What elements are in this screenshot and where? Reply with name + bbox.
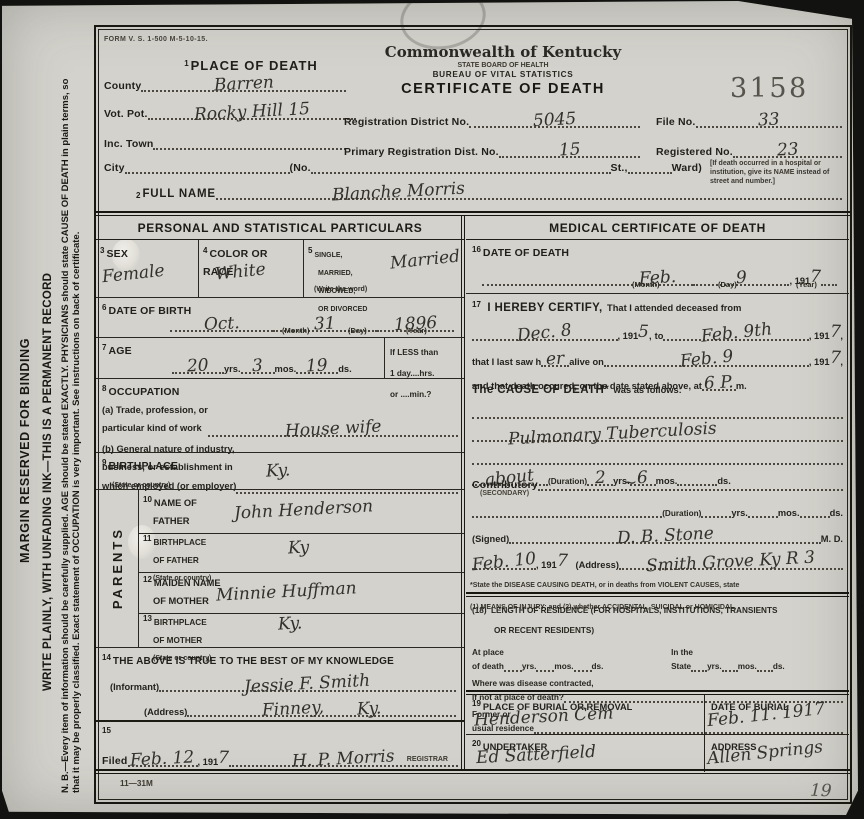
street-no-label: (No. — [290, 162, 311, 174]
certificate-paper: MARGIN RESERVED FOR BINDING WRITE PLAINL… — [2, 1, 858, 815]
to-word: to — [655, 331, 664, 341]
father-birthplace-row: 11BIRTHPLACE OF FATHER (State or country… — [138, 530, 464, 573]
printed-191: , 191 — [536, 560, 557, 570]
ds-label: ds. — [773, 662, 785, 672]
occupation-row: 8OCCUPATION (a) Trade, profession, or pa… — [96, 379, 464, 453]
registrar-label: REGISTRAR — [407, 756, 448, 763]
city-label: City — [104, 162, 125, 174]
item-number: (18) — [472, 606, 487, 615]
informant-label: (Informant) — [110, 682, 159, 692]
last-saw-prefix: that I last saw h — [472, 357, 541, 367]
item-number: 11 — [143, 534, 151, 543]
at-place-line: of death yrs. mos. ds. — [472, 661, 661, 672]
dotted-line: ~ — [538, 476, 843, 491]
dotted-line: Finney,Ky. — [187, 702, 456, 717]
father-name-label2: FATHER — [153, 516, 190, 526]
cause-of-death-label: The CAUSE OF DEATH* — [472, 384, 609, 396]
dotted-line: 19 — [296, 359, 338, 374]
in-state-column: In the State yrs. mos. ds. — [671, 641, 843, 672]
county-value: Barren — [213, 74, 274, 94]
cause-of-death-value: Pulmonary Tuberculosis — [508, 421, 717, 449]
father-birthplace-value: Ky — [288, 539, 310, 557]
mother-name-label2: OF MOTHER — [153, 596, 209, 606]
dotted-line — [628, 159, 672, 174]
footnote-line1: *State the DISEASE CAUSING DEATH, or in … — [470, 582, 739, 589]
certify-heading: I HEREBY CERTIFY, — [487, 302, 602, 314]
contributory-section: Contributory ~ (SECONDARY) (Duration) yr… — [466, 474, 849, 520]
printed-191: , 191 — [618, 331, 639, 341]
personal-particulars-column: PERSONAL AND STATISTICAL PARTICULARS 3SE… — [96, 216, 464, 769]
mos-label: mos. — [738, 662, 757, 672]
md-label: M. D. — [821, 534, 843, 544]
disease-contracted-line1: Where was disease contracted, — [472, 679, 594, 688]
dotted-line — [701, 503, 731, 518]
file-no-value: 33 — [758, 111, 781, 129]
registrar-signature: H. P. Morris — [292, 748, 395, 770]
marital-label-single: SINGLE, — [314, 252, 342, 259]
write-the-word-label: (Write the word) — [314, 286, 367, 293]
duration-label: (Duration) — [662, 509, 701, 518]
dotted-line — [800, 503, 830, 518]
father-name-label1: NAME OF — [154, 498, 197, 508]
certificate-frame: FORM V. S. 1-500 M-5-10-15. 1PLACE OF DE… — [94, 25, 852, 804]
ds-label: ds. — [592, 662, 604, 672]
undertaker-address-cell: ADDRESS Allen Springs — [704, 735, 849, 772]
filed-year-digit: 7 — [218, 750, 229, 767]
if-less-than-cell: If LESS than 1 day....hrs. or ....min.? — [384, 338, 470, 378]
state-heading-block: Commonwealth of Kentucky STATE BOARD OF … — [372, 43, 634, 97]
dotted-line: Feb. 9th — [663, 326, 809, 341]
mother-maiden-name-value: Minnie Huffman — [216, 580, 357, 604]
dob-month-value: Oct. — [203, 315, 240, 334]
cause-blank-line — [472, 404, 843, 419]
item-number: 19 — [472, 699, 481, 708]
inc-town-row: Inc. Town — [104, 135, 346, 150]
burial-row: 19PLACE OF BURIAL OR REMOVAL Henderson C… — [466, 695, 849, 735]
day-caption: (Day) — [348, 326, 367, 335]
dotted-line — [536, 661, 554, 672]
yrs-label: yrs. — [224, 364, 241, 374]
plate-number: 11—31M — [120, 779, 153, 788]
certify-line3: that I last saw h er alive on Feb. 9 , 1… — [472, 350, 843, 367]
primary-registration-row: Primary Registration Dist. No. 15 — [344, 143, 640, 158]
certify-line1: 17 I HEREBY CERTIFY, That I attended dec… — [472, 298, 843, 316]
dotted-line — [748, 503, 778, 518]
full-name-label: FULL NAME — [142, 188, 215, 200]
dotted-line: Feb. 10 — [472, 555, 536, 570]
dotted-line — [472, 404, 843, 419]
sex-value: Female — [101, 263, 165, 286]
item-number: 12 — [143, 575, 152, 584]
dotted-line — [472, 450, 843, 465]
signature-year-digit: 7 — [556, 553, 567, 570]
place-of-death-label: PLACE OF DEATH — [191, 58, 318, 73]
item-number: 4 — [203, 246, 207, 255]
age-label: AGE — [108, 345, 131, 357]
commonwealth-title: Commonwealth of Kentucky — [372, 43, 634, 61]
certify-section: 17 I HEREBY CERTIFY, That I attended dec… — [466, 294, 849, 378]
date-of-death-label: DATE OF DEATH — [483, 247, 569, 259]
cause-blank-line2 — [472, 450, 843, 465]
birthplace-row: 9BIRTHPLACE (State or country) Ky. — [96, 453, 464, 490]
at-place-label: At place — [472, 648, 504, 657]
registered-no-value: 23 — [776, 141, 799, 159]
printed-191: , 191 — [198, 757, 219, 767]
personal-section-title: PERSONAL AND STATISTICAL PARTICULARS — [96, 216, 464, 240]
margin-write-plainly-text: WRITE PLAINLY, WITH UNFADING INK—THIS IS… — [42, 105, 54, 691]
file-no-label: File No. — [656, 116, 696, 128]
less-than-line2: 1 day....hrs. — [390, 369, 434, 378]
informant-value: Jessie F. Smith — [244, 673, 371, 697]
contributory-line: Contributory ~ — [472, 476, 843, 491]
dotted-line: 20 — [172, 359, 224, 374]
dotted-line — [472, 503, 662, 518]
state-board-label: STATE BOARD OF HEALTH — [372, 62, 634, 69]
less-than-line1: If LESS than — [390, 348, 438, 357]
length-of-residence-section: (18) LENGTH OF RESIDENCE (FOR HOSPITALS,… — [466, 597, 849, 690]
dotted-line: House wife — [208, 422, 458, 437]
state-label: State — [671, 662, 691, 672]
dotted-line: Dec. 8 — [472, 326, 618, 341]
mother-birthplace-label2: OF MOTHER — [153, 636, 202, 645]
inc-town-label: Inc. Town — [104, 138, 153, 150]
dotted-line: Feb. 12 — [128, 752, 198, 767]
address-label: (Address) — [576, 560, 619, 570]
primary-registration-label: Primary Registration Dist. No. — [344, 146, 499, 158]
occupation-label: OCCUPATION — [108, 386, 179, 398]
dotted-line: 3 — [241, 359, 275, 374]
dod-value-line: Feb. 9 , 191 7 — [482, 269, 837, 286]
marital-status-cell: 5SINGLE, MARRIED, WIDOWED, OR DIVORCED (… — [304, 240, 464, 297]
ward-label: Ward) — [672, 162, 702, 174]
medical-certificate-column: MEDICAL CERTIFICATE OF DEATH 16DATE OF D… — [466, 216, 849, 769]
day-caption: (Day) — [718, 280, 737, 289]
month-caption: (Month) — [632, 280, 659, 289]
item-number: 7 — [102, 343, 106, 352]
race-value: White — [214, 261, 266, 283]
place-of-death-heading: 1PLACE OF DEATH — [126, 57, 376, 75]
sex-cell: 3SEX Female — [96, 240, 199, 297]
dotted-line: 33 — [696, 113, 842, 128]
date-of-birth-label: DATE OF BIRTH — [108, 305, 191, 317]
certificate-of-death-title: CERTIFICATE OF DEATH — [372, 81, 634, 97]
of-death-label: of death — [472, 662, 504, 672]
undertaker-cell: 20UNDERTAKER Ed Satterfield — [466, 735, 710, 772]
attended-from-year-digit: 5 — [638, 324, 649, 341]
city-row: City (No. St., Ward) — [104, 159, 702, 174]
mother-birthplace-label1: BIRTHPLACE — [154, 618, 207, 627]
occupation-a-label1: (a) Trade, profession, or — [102, 405, 208, 415]
dotted-line: D. B. Stone — [509, 529, 821, 544]
dotted-line — [153, 135, 346, 150]
parents-label: PARENTS — [110, 527, 125, 609]
dotted-line: Feb. 9 — [604, 352, 809, 367]
death-certificate-scan: MARGIN RESERVED FOR BINDING WRITE PLAINL… — [0, 0, 864, 819]
undertaker-row: 20UNDERTAKER Ed Satterfield ADDRESS Alle… — [466, 735, 849, 772]
occupation-a-label2: particular kind of work — [102, 423, 202, 433]
item-number: 20 — [472, 739, 481, 748]
filed-label: Filed — [102, 755, 128, 767]
attestation-label: THE ABOVE IS TRUE TO THE BEST OF MY KNOW… — [113, 656, 394, 667]
item-number: 6 — [102, 303, 106, 312]
last-saw-year-digit: 7 — [829, 350, 840, 367]
parents-vertical-label-cell: PARENTS — [96, 490, 139, 647]
registration-district-value: 5045 — [533, 111, 577, 130]
dotted-line — [821, 271, 837, 286]
county-row: County Barren — [104, 77, 346, 92]
residence-columns: At place of death yrs. mos. ds. In the — [472, 641, 843, 672]
cause-was-as-follows: was as follows: — [614, 385, 682, 395]
signed-line: (Signed) D. B. Stone M. D. — [466, 520, 849, 544]
full-name-value: Blanche Morris — [332, 181, 466, 205]
vot-pot-label: Vot. Pot. — [104, 108, 148, 120]
form-number: FORM V. S. 1-500 M-5-10-15. — [104, 36, 208, 43]
cause-of-death-section: The CAUSE OF DEATH* was as follows: Pulm… — [466, 378, 849, 474]
item-number: 14 — [102, 653, 111, 662]
sex-race-marital-row: 3SEX Female 4COLOR OR RACE White 5SINGLE… — [96, 240, 464, 298]
month-caption: (Month) — [282, 326, 309, 335]
dotted-line: Smith Grove Ky R 3 — [619, 555, 843, 570]
dotted-line: Rocky Hill 15 — [148, 105, 356, 120]
attended-to-year-digit: 7 — [829, 324, 840, 341]
alive-on-label: alive on — [569, 357, 604, 367]
dotted-line — [504, 661, 522, 672]
hospital-note: [If death occurred in a hospital or inst… — [710, 159, 842, 186]
street-label: St., — [611, 162, 628, 174]
date-of-burial-cell: DATE OF BURIAL Feb. 11. 1917 — [704, 695, 849, 734]
item-number: 16 — [472, 245, 481, 254]
occupation-a-line: (a) Trade, profession, or particular kin… — [102, 400, 458, 437]
mos-label: mos. — [778, 508, 800, 518]
in-the-label: In the — [671, 648, 693, 657]
ds-label: ds. — [830, 508, 843, 518]
item-number: 9 — [102, 458, 106, 467]
printed-191: , 191 — [809, 357, 830, 367]
primary-registration-value: 15 — [558, 141, 581, 159]
ds-label: ds. — [338, 364, 351, 374]
sex-label: SEX — [106, 248, 128, 260]
certificate-stamp-number: 3158 — [730, 73, 809, 104]
item-number: 3 — [100, 246, 104, 255]
dotted-line: 5045 — [469, 113, 640, 128]
cause-value-line: Pulmonary Tuberculosis — [472, 427, 843, 442]
in-state-line: State yrs. mos. ds. — [671, 661, 843, 672]
contributory-mark: ~ — [623, 475, 638, 493]
father-birthplace-label1: BIRTHPLACE — [153, 538, 206, 547]
dotted-line — [311, 159, 611, 174]
dotted-line: Jessie F. Smith — [159, 677, 456, 692]
signature-date-address-line: Feb. 10 , 191 7 (Address) Smith Grove Ky… — [466, 544, 849, 570]
color-race-cell: 4COLOR OR RACE White — [199, 240, 304, 297]
dotted-line — [125, 159, 290, 174]
printed-191: , 191 — [809, 331, 830, 341]
contributory-duration-line: (Duration) yrs. mos. ds. — [472, 503, 843, 518]
last-saw-date: Feb. 9 — [679, 348, 734, 370]
birthplace-value: Ky. — [266, 462, 291, 480]
county-label: County — [104, 80, 141, 92]
dotted-line: Feb. — [482, 271, 693, 286]
state-or-country-caption: (State or country) — [112, 482, 170, 489]
registered-number-row: Registered No. 23 — [656, 143, 842, 158]
dotted-line: Barren — [141, 77, 346, 92]
yrs-label: yrs. — [707, 662, 722, 672]
voting-precinct-row: Vot. Pot. Rocky Hill 15 — [104, 105, 356, 120]
place-of-burial-value: Henderson Cem — [474, 705, 614, 729]
vot-pot-value: Rocky Hill 15 — [193, 101, 310, 124]
date-of-death-row: 16DATE OF DEATH Feb. 9 , 191 7 (Month) (… — [466, 240, 849, 294]
mos-label: mos. — [554, 662, 573, 672]
item-number: 5 — [308, 246, 312, 255]
age-years-value: 20 — [187, 357, 210, 375]
parents-section: PARENTS 10NAME OF FATHER John Henderson … — [96, 490, 464, 648]
informant-address-state: Ky. — [357, 700, 382, 718]
at-place-column: At place of death yrs. mos. ds. — [472, 641, 661, 672]
dotted-line: er — [541, 352, 569, 367]
yrs-label: yrs. — [731, 508, 748, 518]
informant-address-label: (Address) — [144, 707, 187, 717]
margin-binding-text: MARGIN RESERVED FOR BINDING — [18, 231, 32, 563]
mother-birthplace-row: 13BIRTHPLACE OF MOTHER (State or country… — [138, 610, 464, 650]
undertaker-value: Ed Satterfield — [476, 744, 597, 767]
item-number: 8 — [102, 384, 106, 393]
dod-day-value: 9 — [735, 270, 747, 288]
dotted-line — [757, 661, 773, 672]
item-number: 17 — [472, 300, 481, 309]
attended-from-date: Dec. 8 — [517, 322, 573, 345]
yrs-label: yrs. — [522, 662, 537, 672]
certify-heading-rest: That I attended deceased from — [607, 303, 741, 313]
stray-pencil-mark: 19 — [810, 783, 832, 801]
dotted-line: Blanche Morris — [216, 185, 842, 200]
medical-section-title: MEDICAL CERTIFICATE OF DEATH — [466, 216, 849, 240]
registration-district-row: Registration District No. 5045 — [344, 113, 640, 128]
residence-label-line2: OR RECENT RESIDENTS) — [494, 626, 594, 635]
attended-to-date: Feb. 9th — [700, 321, 773, 345]
mother-maiden-name-row: 12MAIDEN NAME OF MOTHER Minnie Huffman — [138, 570, 464, 614]
dotted-line — [574, 661, 592, 672]
filed-section: 15 Filed Feb. 12 , 191 7 H. P. Morris RE… — [96, 720, 464, 770]
item-number: 10 — [143, 495, 152, 504]
attestation-section: 14THE ABOVE IS TRUE TO THE BEST OF MY KN… — [96, 648, 464, 720]
filed-line: Filed Feb. 12 , 191 7 H. P. Morris — [102, 750, 458, 767]
informant-address-line: (Address) Finney,Ky. — [144, 702, 456, 717]
dotted-line: Pulmonary Tuberculosis — [472, 427, 843, 442]
dotted-line: 15 — [499, 143, 640, 158]
age-months-value: 3 — [252, 358, 264, 376]
birthplace-label: BIRTHPLACE — [108, 460, 178, 472]
item-number: 13 — [143, 614, 152, 623]
item-number: 1 — [184, 59, 188, 68]
cause-intro-line: The CAUSE OF DEATH* was as follows: — [472, 380, 843, 398]
father-name-value: John Henderson — [234, 498, 374, 522]
mos-label: mos. — [275, 364, 297, 374]
dotted-line: Oct. — [170, 317, 273, 332]
full-name-row: 2 FULL NAME Blanche Morris — [136, 185, 842, 200]
comma: , — [649, 331, 652, 341]
mother-birthplace-value: Ky. — [278, 615, 303, 633]
bureau-label: BUREAU OF VITAL STATISTICS — [372, 70, 634, 79]
physician-signature: D. B. Stone — [616, 525, 714, 547]
margin-nb-text: N. B.—Every item of information should b… — [60, 63, 83, 793]
last-saw-pronoun: er — [546, 351, 565, 369]
occupation-value: House wife — [284, 418, 381, 440]
dob-day-value: 31 — [314, 315, 337, 333]
certificate-header: FORM V. S. 1-500 M-5-10-15. 1PLACE OF DE… — [96, 27, 849, 211]
certify-line2: Dec. 8 , 191 5 , to Feb. 9th , 191 7 , — [472, 324, 843, 341]
age-row: 7AGE 20 yrs. 3 mos. 19 ds. If LESS than … — [96, 338, 464, 379]
filed-date-value: Feb. 12 — [130, 749, 195, 769]
dotted-line: 23 — [733, 143, 842, 158]
dotted-line — [722, 661, 738, 672]
place-of-burial-cell: 19PLACE OF BURIAL OR REMOVAL Henderson C… — [466, 695, 710, 734]
year-caption: (Year) — [406, 326, 427, 335]
father-birthplace-label2: OF FATHER — [153, 556, 199, 565]
informant-line: (Informant) Jessie F. Smith — [110, 677, 456, 692]
father-name-row: 10NAME OF FATHER John Henderson — [138, 490, 464, 534]
marital-label-married: MARRIED, — [318, 270, 353, 277]
registration-district-label: Registration District No. — [344, 116, 469, 128]
date-of-birth-row: 6DATE OF BIRTH Oct. 31 1896 (Month) (Day… — [96, 298, 464, 338]
bottom-divider-rule — [96, 769, 850, 774]
dotted-line: 9 — [693, 271, 790, 286]
year-caption: (Year) — [796, 280, 817, 289]
age-value-line: 20 yrs. 3 mos. 19 ds. — [172, 359, 372, 374]
residence-label-line1: LENGTH OF RESIDENCE (FOR HOSPITALS, INST… — [491, 606, 777, 615]
registered-no-label: Registered No. — [656, 146, 733, 158]
mother-name-label1: MAIDEN NAME — [154, 578, 221, 588]
age-days-value: 19 — [306, 357, 329, 375]
dotted-line — [691, 661, 707, 672]
item-number: 15 — [102, 726, 111, 735]
item-number: 2 — [136, 191, 140, 200]
file-number-row: File No. 33 — [656, 113, 842, 128]
informant-address-value: Finney, — [261, 699, 324, 719]
secondary-caption: (SECONDARY) — [480, 490, 529, 497]
signed-label: (Signed) — [472, 534, 509, 544]
